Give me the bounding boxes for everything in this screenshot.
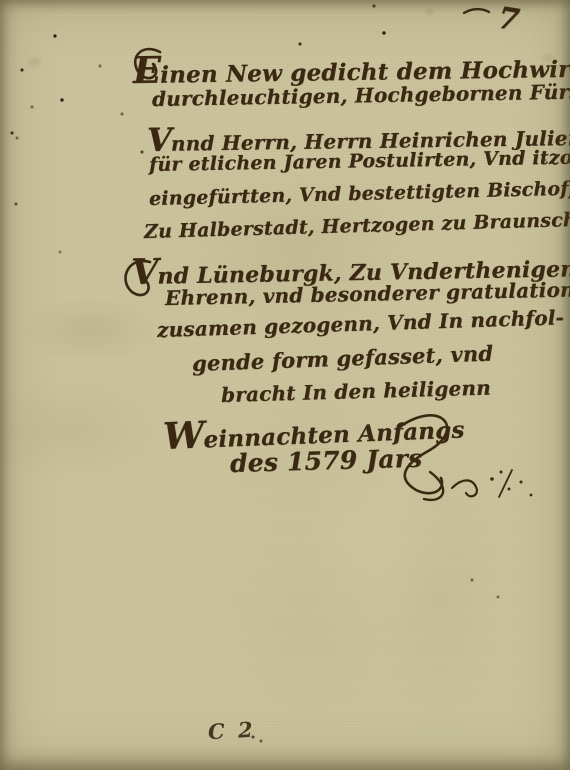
quire-mark: C 2 [207, 717, 256, 744]
folio-number: 7 [495, 1, 521, 39]
scribe-squiggle [499, 470, 512, 497]
manuscript-line: des 1579 Jars [230, 444, 423, 478]
scribe-squiggle [452, 480, 477, 496]
manuscript-line: gende form gefasset, vnd [192, 340, 494, 375]
manuscript-page: 7 Einen New gedicht dem Hochwirdigen dur… [0, 0, 570, 770]
manuscript-line: Zu Halberstadt, Hertzogen zu Braunschwei… [144, 208, 570, 243]
manuscript-line: zusamen gezogenn, Vnd In nachfol- [157, 305, 565, 342]
manuscript-line: eingefürtten, Vnd bestettigten Bischoffe… [149, 177, 570, 210]
flourish-tail [424, 472, 443, 500]
ink-stroke [464, 9, 489, 13]
